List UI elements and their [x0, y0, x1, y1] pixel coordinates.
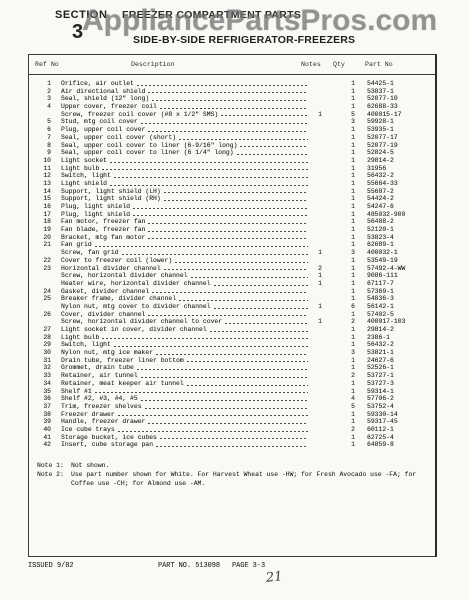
ref-no-cell: 19: [29, 226, 51, 234]
notes-cell: 1: [311, 272, 329, 280]
ref-no-cell: 37: [29, 403, 51, 411]
part-no-cell: 56142-1: [367, 303, 435, 311]
description-cell: Seal, upper coil cover to liner (6 1/4" …: [61, 149, 234, 157]
description-cell: Light socket in cover, divider channel: [61, 326, 207, 334]
description-cell: Orifice, air outlet: [61, 80, 134, 88]
description-cell: Retainer, air tunnel: [61, 372, 138, 380]
dash-leader: [148, 92, 308, 93]
dash-leader: [164, 200, 308, 201]
ref-no-cell: 15: [29, 195, 51, 203]
dash-leader: [137, 85, 308, 86]
ref-no-cell: 5: [29, 118, 51, 126]
description-cell: Upper cover, freezer coil: [61, 103, 157, 111]
description-cell: Cover to freezer coil (lower): [61, 257, 172, 265]
section-label: SECTION: [55, 9, 107, 21]
col-header-ref-no: Ref No: [29, 61, 85, 68]
dash-leader: [95, 246, 308, 247]
part-no-cell: 52824-5: [367, 149, 435, 157]
part-no-cell: 57706-2: [367, 395, 435, 403]
qty-cell: 6: [329, 303, 355, 311]
qty-cell: 1: [329, 95, 355, 103]
description-cell: Breaker frame, divider channel: [61, 295, 176, 303]
part-no-cell: 54424-2: [367, 195, 435, 203]
ref-no-cell: 4: [29, 103, 51, 111]
table-row: 5 Stud, mtg coil cover 3 59928-1: [29, 118, 435, 126]
part-no-cell: 53727-3: [367, 380, 435, 388]
dash-leader: [137, 369, 308, 370]
description-cell: Heater wire, horizontal divider channel: [61, 280, 211, 288]
ref-no-cell: 22: [29, 257, 51, 265]
table-row: 30 Nylon nut, mtg ice maker 3 53821-1: [29, 349, 435, 357]
dash-leader: [214, 308, 308, 309]
ref-no-cell: 27: [29, 326, 51, 334]
description-cell: Nylon nut, mtg ice maker: [61, 349, 153, 357]
dash-leader: [152, 100, 308, 101]
dash-leader: [148, 315, 308, 316]
dash-leader: [148, 423, 308, 424]
table-header-row: Ref No Description Notes Qty Part No: [29, 55, 435, 75]
table-row: 39 Handle, freezer drawer 1 59317-45: [29, 418, 435, 426]
dash-leader: [191, 277, 308, 278]
qty-cell: 1: [329, 80, 355, 88]
part-no-cell: 67117-7: [367, 280, 435, 288]
dash-leader: [118, 431, 308, 432]
handwritten-mark: 21: [265, 569, 283, 586]
part-no-cell: 62689-1: [367, 241, 435, 249]
description-cell: Grommet, drain tube: [61, 364, 134, 372]
dash-leader: [225, 323, 308, 324]
qty-cell: 1: [329, 257, 355, 265]
dash-leader: [133, 208, 308, 209]
notes-cell: 1: [311, 280, 329, 288]
footnote-label: Note 1:: [37, 461, 71, 470]
ref-no-cell: 36: [29, 395, 51, 403]
part-no-cell: 53821-1: [367, 349, 435, 357]
description-cell: Nylon nut, mtg cover to divider channel: [61, 303, 211, 311]
dash-leader: [221, 115, 308, 116]
part-no-cell: 59928-1: [367, 118, 435, 126]
notes-cell: 1: [311, 318, 329, 326]
table-row: Screw, fan grid 1 3 400032-1: [29, 249, 435, 257]
dash-leader: [156, 354, 308, 355]
table-row: 3 Seal, shield (12" long) 1 52077-10: [29, 95, 435, 103]
table-row: 40 Ice cube trays 2 60112-1: [29, 426, 435, 434]
ref-no-cell: 21: [29, 241, 51, 249]
ref-no-cell: 33: [29, 372, 51, 380]
dash-leader: [240, 146, 308, 147]
part-no-cell: 52077-17: [367, 134, 435, 142]
description-cell: Handle, freezer drawer: [61, 418, 145, 426]
table-row: 29 Switch, light 1 56432-2: [29, 341, 435, 349]
footnotes-block: Note 1: Not shown. Note 2: Use part numb…: [37, 461, 417, 488]
ref-no-cell: 9: [29, 149, 51, 157]
ref-no-cell: 1: [29, 80, 51, 88]
ref-no-cell: 16: [29, 203, 51, 211]
dash-leader: [141, 123, 308, 124]
page-subtitle: SIDE-BY-SIDE REFRIGERATOR-FREEZERS: [133, 34, 355, 46]
col-header-part-no: Part No: [359, 61, 435, 68]
part-no-cell: 64859-8: [367, 441, 435, 449]
part-no-cell: 56432-2: [367, 172, 435, 180]
col-header-description: Description: [85, 61, 301, 68]
description-cell: Seal, shield (12" long): [61, 95, 149, 103]
dash-leader: [141, 377, 308, 378]
footnote-text: Use part number shown for White. For Har…: [71, 470, 417, 488]
dash-leader: [160, 438, 308, 439]
part-no-cell: 54425-1: [367, 80, 435, 88]
part-no-cell: 59317-45: [367, 418, 435, 426]
qty-cell: 2: [329, 372, 355, 380]
dash-leader: [110, 185, 308, 186]
table-row: 42 Insert, cube storage pan 1 64859-8: [29, 441, 435, 449]
section-number: 3: [72, 21, 83, 44]
table-row: Screw, horizontal divider channel to cov…: [29, 318, 435, 326]
doc-part-no: PART NO. 513098: [158, 562, 220, 570]
table-row: 19 Fan blade, freezer fan 1 52120-1: [29, 226, 435, 234]
dash-leader: [179, 139, 308, 140]
qty-cell: 1: [329, 126, 355, 134]
qty-cell: 1: [329, 364, 355, 372]
part-no-cell: 56432-2: [367, 341, 435, 349]
qty-cell: 1: [329, 441, 355, 449]
table-row: 36 Shelf #2, #3, #4, #5 4 57706-2: [29, 395, 435, 403]
qty-cell: 1: [329, 326, 355, 334]
dash-leader: [187, 361, 308, 362]
dash-leader: [122, 254, 308, 255]
dash-leader: [214, 285, 308, 286]
description-cell: Plug, light shield: [61, 203, 130, 211]
dash-leader: [110, 162, 308, 163]
qty-cell: 1: [329, 380, 355, 388]
parts-table: Ref No Description Notes Qty Part No 1 O…: [28, 54, 437, 557]
ref-no-cell: 23: [29, 265, 51, 273]
qty-cell: 1: [329, 103, 355, 111]
part-no-cell: 29814-2: [367, 326, 435, 334]
dash-leader: [133, 215, 308, 216]
table-row: 21 Fan grid 1 62689-1: [29, 241, 435, 249]
ref-no-cell: 26: [29, 311, 51, 319]
ref-no-cell: 7: [29, 134, 51, 142]
dash-leader: [114, 346, 308, 347]
table-row: 15 Support, light shield (RH) 1 54424-2: [29, 195, 435, 203]
description-cell: Screw, fan grid: [61, 249, 119, 257]
description-cell: Fan blade, freezer fan: [61, 226, 145, 234]
description-cell: Plug, upper coil cover: [61, 126, 145, 134]
dash-leader: [114, 177, 308, 178]
col-header-notes: Notes: [301, 61, 333, 68]
part-no-cell: 60112-1: [367, 426, 435, 434]
description-cell: Screw, horizontal divider channel: [61, 272, 188, 280]
description-cell: Stud, mtg coil cover: [61, 118, 138, 126]
dash-leader: [148, 131, 308, 132]
part-no-cell: 52077-10: [367, 95, 435, 103]
notes-cell: 1: [311, 249, 329, 257]
part-no-cell: 54247-6: [367, 203, 435, 211]
dash-leader: [164, 269, 308, 270]
dash-leader: [160, 108, 308, 109]
table-row: Screw, horizontal divider channel 1 1 90…: [29, 272, 435, 280]
description-cell: Support, light shield (RH): [61, 195, 161, 203]
table-row: 6 Plug, upper coil cover 1 53935-1: [29, 126, 435, 134]
ref-no-cell: 30: [29, 349, 51, 357]
qty-cell: 1: [329, 157, 355, 165]
description-cell: Trim, freezer shelves: [61, 403, 142, 411]
qty-cell: 3: [329, 249, 355, 257]
description-cell: Switch, light: [61, 172, 111, 180]
dash-leader: [156, 446, 308, 447]
part-no-cell: 53935-1: [367, 126, 435, 134]
ref-no-cell: 32: [29, 364, 51, 372]
footnote-label: Note 2:: [37, 470, 71, 488]
table-row: 4 Upper cover, freezer coil 1 62688-33: [29, 103, 435, 111]
dash-leader: [187, 385, 308, 386]
description-cell: Switch, light: [61, 341, 111, 349]
table-row: 12 Switch, light 1 56432-2: [29, 172, 435, 180]
table-row: 18 Fan motor, freezer fan 1 56488-2: [29, 218, 435, 226]
dash-leader: [210, 331, 308, 332]
qty-cell: 3: [329, 349, 355, 357]
description-cell: Shelf #2, #3, #4, #5: [61, 395, 138, 403]
table-row: 7 Seal, upper coil cover (short) 1 52077…: [29, 134, 435, 142]
qty-cell: 3: [329, 118, 355, 126]
qty-cell: 1: [329, 180, 355, 188]
page-number: PAGE 3-3: [232, 562, 265, 570]
description-cell: Light socket: [61, 157, 107, 165]
ref-no-cell: 10: [29, 157, 51, 165]
qty-cell: 1: [329, 203, 355, 211]
description-cell: Retainer, meat keeper air tunnel: [61, 380, 184, 388]
table-row: 9 Seal, upper coil cover to liner (6 1/4…: [29, 149, 435, 157]
part-no-cell: 53752-4: [367, 403, 435, 411]
table-row: 34 Retainer, meat keeper air tunnel 1 53…: [29, 380, 435, 388]
part-no-cell: 52526-1: [367, 364, 435, 372]
qty-cell: 2: [329, 426, 355, 434]
ref-no-cell: 6: [29, 126, 51, 134]
ref-no-cell: 12: [29, 172, 51, 180]
dash-leader: [102, 169, 308, 170]
table-row: 37 Trim, freezer shelves 5 53752-4: [29, 403, 435, 411]
description-cell: Fan motor, freezer fan: [61, 218, 145, 226]
qty-cell: 5: [329, 403, 355, 411]
part-no-cell: 400017-103: [367, 318, 435, 326]
table-row: Heater wire, horizontal divider channel …: [29, 280, 435, 288]
footnote-row: Note 2: Use part number shown for White.…: [37, 470, 417, 488]
dash-leader: [152, 292, 308, 293]
qty-cell: 1: [329, 341, 355, 349]
notes-cell: 1: [311, 303, 329, 311]
part-no-cell: 52120-1: [367, 226, 435, 234]
description-cell: Fan grid: [61, 241, 92, 249]
ref-no-cell: 18: [29, 218, 51, 226]
dash-leader: [237, 154, 308, 155]
dash-leader: [164, 192, 308, 193]
part-no-cell: 62688-33: [367, 103, 435, 111]
dash-leader: [95, 392, 308, 393]
table-row: 22 Cover to freezer coil (lower) 1 53549…: [29, 257, 435, 265]
qty-cell: 1: [329, 218, 355, 226]
qty-cell: 1: [329, 172, 355, 180]
table-row: Nylon nut, mtg cover to divider channel …: [29, 303, 435, 311]
dash-leader: [148, 238, 308, 239]
qty-cell: 1: [329, 280, 355, 288]
col-header-qty: Qty: [333, 61, 359, 68]
dash-leader: [179, 300, 308, 301]
table-row: 33 Retainer, air tunnel 2 53727-1: [29, 372, 435, 380]
ref-no-cell: 34: [29, 380, 51, 388]
dash-leader: [145, 408, 308, 409]
part-no-cell: 53549-19: [367, 257, 435, 265]
table-row: 27 Light socket in cover, divider channe…: [29, 326, 435, 334]
notes-cell: 1: [311, 111, 329, 119]
part-no-cell: 54836-3: [367, 295, 435, 303]
part-no-cell: 9086-111: [367, 272, 435, 280]
ref-no-cell: 39: [29, 418, 51, 426]
table-body: 1 Orifice, air outlet 1 54425-1 2 Air di…: [29, 80, 435, 449]
part-no-cell: 29814-2: [367, 157, 435, 165]
description-cell: Ice cube trays: [61, 426, 115, 434]
issued-date: ISSUED 9/82: [28, 562, 74, 570]
description-cell: Screw, horizontal divider channel to cov…: [61, 318, 222, 326]
dash-leader: [148, 223, 308, 224]
table-row: 10 Light socket 1 29814-2: [29, 157, 435, 165]
qty-cell: 2: [329, 318, 355, 326]
scanned-parts-page: SECTION 3 FREEZER COMPARTMENT PARTS SIDE…: [0, 0, 469, 600]
dash-leader: [175, 262, 308, 263]
dash-leader: [148, 231, 308, 232]
description-cell: Seal, upper coil cover (short): [61, 134, 176, 142]
part-no-cell: 53727-1: [367, 372, 435, 380]
table-row: 25 Breaker frame, divider channel 1 5483…: [29, 295, 435, 303]
description-cell: Insert, cube storage pan: [61, 441, 153, 449]
part-no-cell: 56488-2: [367, 218, 435, 226]
ref-no-cell: 40: [29, 426, 51, 434]
qty-cell: 1: [329, 226, 355, 234]
description-cell: Light shield: [61, 180, 107, 188]
qty-cell: 1: [329, 149, 355, 157]
ref-no-cell: 3: [29, 95, 51, 103]
part-no-cell: 400032-1: [367, 249, 435, 257]
ref-no-cell: 42: [29, 441, 51, 449]
table-row: 16 Plug, light shield 1 54247-6: [29, 203, 435, 211]
qty-cell: 1: [329, 418, 355, 426]
qty-cell: 1: [329, 195, 355, 203]
qty-cell: 1: [329, 272, 355, 280]
dash-leader: [118, 415, 308, 416]
footnote-text: Not shown.: [71, 461, 417, 470]
ref-no-cell: 13: [29, 180, 51, 188]
footnote-row: Note 1: Not shown.: [37, 461, 417, 470]
qty-cell: 1: [329, 241, 355, 249]
qty-cell: 4: [329, 395, 355, 403]
dash-leader: [141, 400, 308, 401]
qty-cell: 1: [329, 134, 355, 142]
qty-cell: 1: [329, 295, 355, 303]
ref-no-cell: 25: [29, 295, 51, 303]
table-row: 13 Light shield 1 55664-33: [29, 180, 435, 188]
ref-no-cell: 29: [29, 341, 51, 349]
table-row: 32 Grommet, drain tube 1 52526-1: [29, 364, 435, 372]
page-title: FREEZER COMPARTMENT PARTS: [122, 9, 301, 21]
dash-leader: [102, 338, 308, 339]
table-row: 1 Orifice, air outlet 1 54425-1: [29, 80, 435, 88]
part-no-cell: 55664-33: [367, 180, 435, 188]
